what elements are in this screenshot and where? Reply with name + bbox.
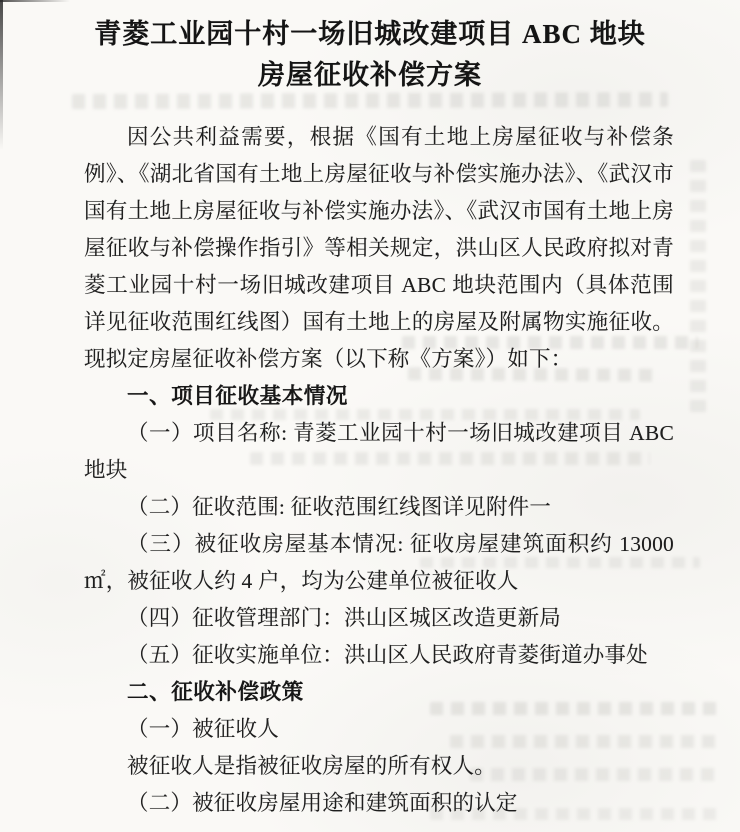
document-title-line-1: 青菱工业园十村一场旧城改建项目 ABC 地块 (40, 14, 700, 55)
paragraph-intro: 因公共利益需要，根据《国有土地上房屋征收与补偿条例》、《湖北省国有土地上房屋征收… (84, 119, 674, 378)
paragraph-owner-definition: 被征收人是指被征收房屋的所有权人。 (84, 748, 674, 785)
item-housing-basic-situation: （三）被征收房屋基本情况: 征收房屋建筑面积约 13000 ㎡，被征收人约 4 … (84, 526, 674, 600)
document-body: 因公共利益需要，根据《国有土地上房屋征收与补偿条例》、《湖北省国有土地上房屋征收… (84, 119, 674, 822)
item-usage-and-area: （二）被征收房屋用途和建筑面积的认定 (84, 785, 674, 822)
scan-edge-artifact-top (0, 0, 70, 2)
item-expropriation-scope: （二）征收范围: 征收范围红线图详见附件一 (84, 489, 674, 526)
document-title: 青菱工业园十村一场旧城改建项目 ABC 地块 房屋征收补偿方案 (40, 14, 700, 96)
item-project-name: （一）项目名称: 青菱工业园十村一场旧城改建项目 ABC 地块 (84, 415, 674, 489)
document-title-line-2: 房屋征收补偿方案 (40, 55, 700, 96)
scan-edge-artifact-left (0, 0, 3, 150)
item-management-department: （四）征收管理部门：洪山区城区改造更新局 (84, 600, 674, 637)
section-heading-basic-info: 一、项目征收基本情况 (84, 378, 674, 415)
bleedthrough-smudge (690, 160, 706, 420)
item-expropriated-person: （一）被征收人 (84, 711, 674, 748)
scanned-document-page: 青菱工业园十村一场旧城改建项目 ABC 地块 房屋征收补偿方案 因公共利益需要，… (0, 0, 740, 832)
item-implementing-unit: （五）征收实施单位：洪山区人民政府青菱街道办事处 (84, 637, 674, 674)
section-heading-compensation-policy: 二、征收补偿政策 (84, 674, 674, 711)
